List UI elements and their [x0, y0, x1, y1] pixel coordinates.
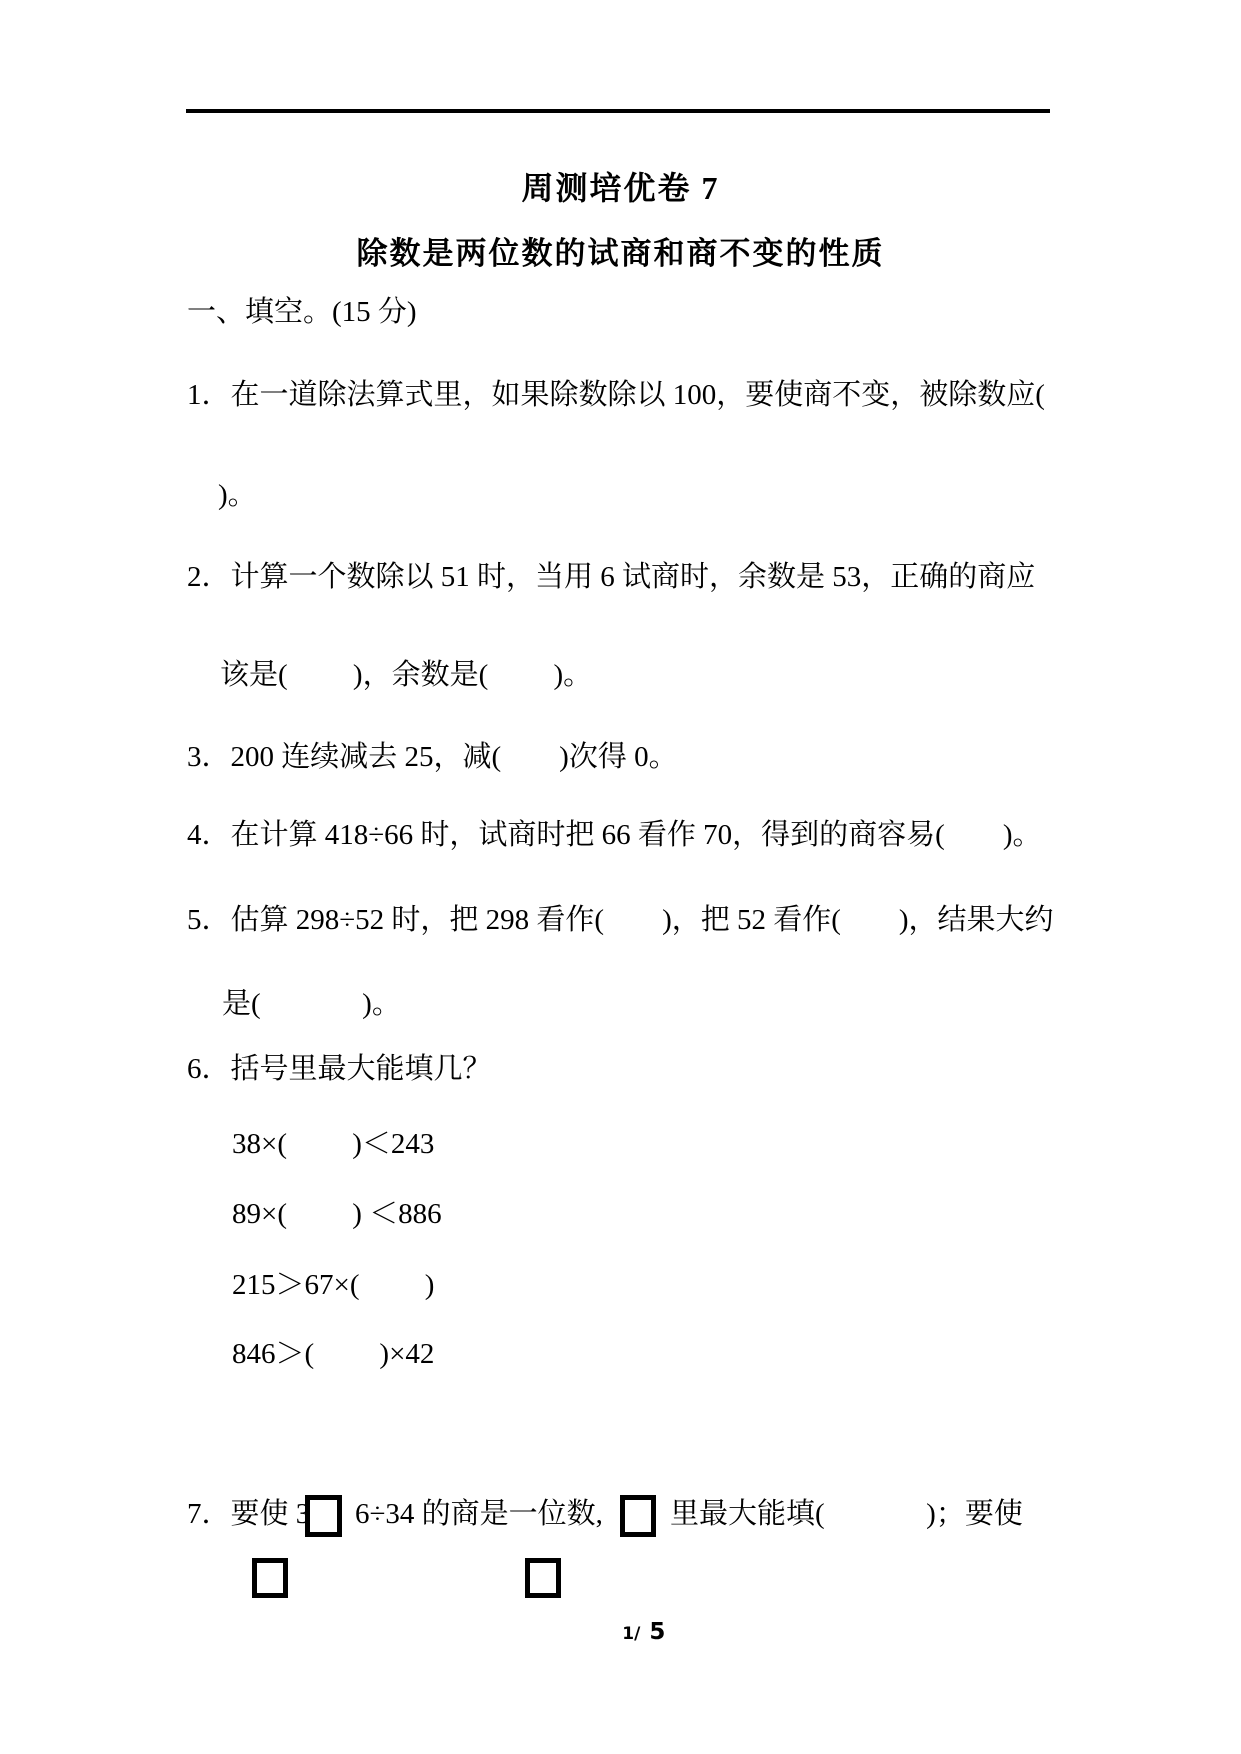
question-6-item-4: 846＞( )×42	[232, 1338, 434, 1371]
question-1-line-1: 1．在一道除法算式里，如果除数除以 100，要使商不变，被除数应(	[187, 379, 1045, 412]
question-5-line-1: 5．估算 298÷52 时，把 298 看作( )，把 52 看作( )，结果大…	[187, 904, 1054, 937]
question-7-inline-fill-box-2	[620, 1495, 656, 1537]
question-7-text-2: 6÷34 的商是一位数,	[355, 1498, 603, 1531]
question-6-heading: 6．括号里最大能填几？	[187, 1053, 492, 1086]
top-rule-divider	[186, 109, 1050, 113]
question-2-line-1: 2．计算一个数除以 51 时，当用 6 试商时，余数是 53，正确的商应	[187, 561, 1035, 594]
question-1-line-2: )。	[218, 479, 257, 512]
question-4-line-1: 4．在计算 418÷66 时，试商时把 66 看作 70，得到的商容易( )。	[187, 819, 1041, 852]
page-number-current: 1/	[622, 1624, 640, 1644]
section-heading: 一、填空。(15 分)	[187, 296, 417, 329]
page-number-total: 5	[649, 1619, 665, 1645]
question-7-row2-fill-box-1	[252, 1558, 288, 1598]
question-6-item-3: 215＞67×( )	[232, 1269, 434, 1302]
question-2-line-2: 该是( )，余数是( )。	[220, 659, 592, 692]
question-7-text-1: 7．要使 3	[187, 1498, 310, 1531]
question-5-line-2: 是( )。	[222, 988, 401, 1021]
question-6-item-2: 89×( ) ＜886	[232, 1198, 442, 1231]
page-title: 周测培优卷 7	[0, 163, 1241, 209]
page-subtitle: 除数是两位数的试商和商不变的性质	[0, 228, 1241, 273]
page-number-footer: 1/5	[600, 1600, 665, 1664]
question-7-row2-fill-box-2	[525, 1558, 561, 1598]
question-6-item-1: 38×( )＜243	[232, 1128, 434, 1161]
worksheet-page: 周测培优卷 7 除数是两位数的试商和商不变的性质 一、填空。(15 分) 1．在…	[0, 0, 1241, 1754]
question-3-line-1: 3．200 连续减去 25，减( )次得 0。	[187, 741, 678, 774]
question-7-inline-fill-box-1	[305, 1495, 342, 1537]
question-7-text-3: 里最大能填( )；要使	[670, 1498, 1023, 1531]
